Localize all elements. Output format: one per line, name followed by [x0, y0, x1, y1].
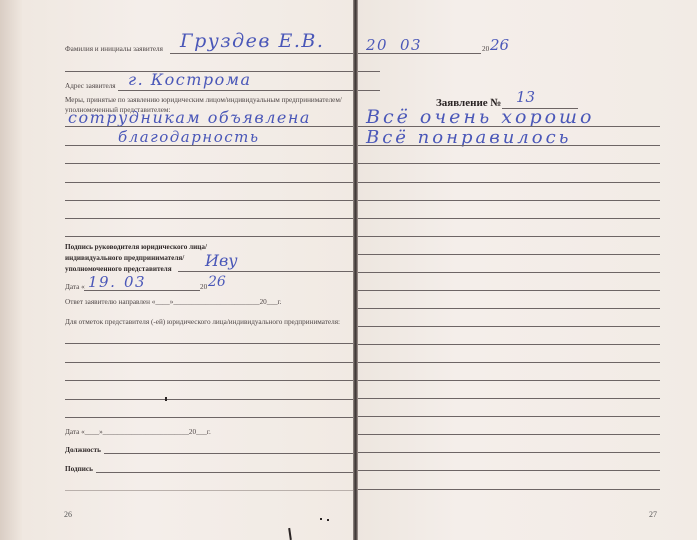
notes-line-2 — [65, 362, 356, 363]
signature-label-2: индивидуального предпринимателя/ — [65, 254, 184, 262]
right-date-day: 20 — [366, 36, 388, 54]
statement-line-20 — [358, 470, 660, 471]
statement-line-14 — [358, 362, 660, 363]
statement-line-5 — [358, 200, 660, 201]
signature2-line — [96, 472, 356, 473]
statement-line-11 — [358, 308, 660, 309]
right-date-line — [358, 53, 481, 54]
statement-line-3 — [358, 163, 660, 164]
statement-line-9 — [358, 272, 660, 273]
measures-line-4 — [65, 182, 356, 183]
measures-line-2 — [65, 145, 356, 146]
date-label: Дата « — [65, 283, 85, 291]
page-number-right: 27 — [649, 510, 657, 519]
statement-line-13 — [358, 344, 660, 345]
ink-mark — [288, 528, 292, 540]
notes-line-4 — [65, 399, 356, 400]
signature-label-1: Подпись руководителя юридического лица/ — [65, 243, 207, 251]
statement-line-16 — [358, 398, 660, 399]
date2-label: Дата «____»________________________20___… — [65, 428, 211, 436]
statement-line-18 — [358, 434, 660, 435]
statement-line-10 — [358, 290, 660, 291]
measures-value-1: сотрудникам объявлена — [68, 108, 311, 127]
left-page: Фамилия и инициалы заявителя Груздев Е.В… — [0, 0, 356, 540]
statement-line-2 — [358, 145, 660, 146]
statement-line-8 — [358, 254, 660, 255]
address-value: г. Кострома — [128, 70, 252, 89]
notes-line-3 — [65, 380, 356, 381]
statement-line-4 — [358, 182, 660, 183]
measures-line-6 — [65, 218, 356, 219]
date-year-prefix: 20 — [200, 283, 207, 291]
right-line-stub — [358, 90, 380, 91]
right-date-month: 03 — [400, 36, 422, 54]
signature2-label: Подпись — [65, 465, 93, 473]
right-date-year-prefix: 20 — [482, 45, 489, 53]
statement-line-6 — [358, 218, 660, 219]
date-month-value: 03 — [124, 273, 146, 291]
measures-line-5 — [65, 200, 356, 201]
position-label: Должность — [65, 446, 101, 454]
statement-line-7 — [358, 236, 660, 237]
date-year-value: 26 — [208, 274, 226, 290]
notes-line-5 — [65, 417, 356, 418]
signature-line — [178, 271, 356, 272]
statement-line-19 — [358, 452, 660, 453]
notes-label: Для отметок представителя (-ей) юридичес… — [65, 318, 340, 326]
ink-speck — [165, 397, 167, 401]
right-page: 20 03 20 26 Заявление № 13 Всё очень хор… — [356, 0, 697, 540]
ink-speck — [327, 519, 329, 521]
right-date-year-value: 26 — [490, 36, 509, 54]
footer-line — [65, 490, 356, 491]
page-edge-shadow — [0, 0, 22, 540]
ink-speck — [320, 518, 322, 520]
measures-line-7 — [65, 236, 356, 237]
address-label: Адрес заявителя — [65, 82, 116, 90]
applicant-name-label: Фамилия и инициалы заявителя — [65, 45, 163, 53]
date-line — [84, 290, 200, 291]
page-number-left: 26 — [64, 510, 72, 519]
statement-line-15 — [358, 380, 660, 381]
position-line — [104, 453, 356, 454]
signature-label-3: уполномоченного представителя — [65, 265, 172, 273]
reply-label: Ответ заявителю направлен «____»________… — [65, 298, 281, 306]
statement-number: 13 — [516, 88, 535, 106]
statement-text-1: Всё очень хорошо — [366, 106, 594, 128]
book-spine — [353, 0, 358, 540]
measures-label-1: Меры, принятые по заявлению юридическим … — [65, 96, 342, 104]
statement-line-21 — [358, 489, 660, 490]
right-line-stub — [358, 71, 380, 72]
address-line — [118, 90, 356, 91]
statement-line-17 — [358, 416, 660, 417]
measures-line-1 — [65, 126, 356, 127]
notes-line-1 — [65, 343, 356, 344]
measures-value-2: благодарность — [118, 128, 260, 146]
statement-line-12 — [358, 326, 660, 327]
applicant-name-value: Груздев Е.В. — [180, 30, 324, 52]
signature-value: Иву — [205, 251, 238, 270]
date-day-value: 19. — [88, 273, 116, 291]
measures-line-3 — [65, 163, 356, 164]
applicant-name-line — [170, 53, 356, 54]
